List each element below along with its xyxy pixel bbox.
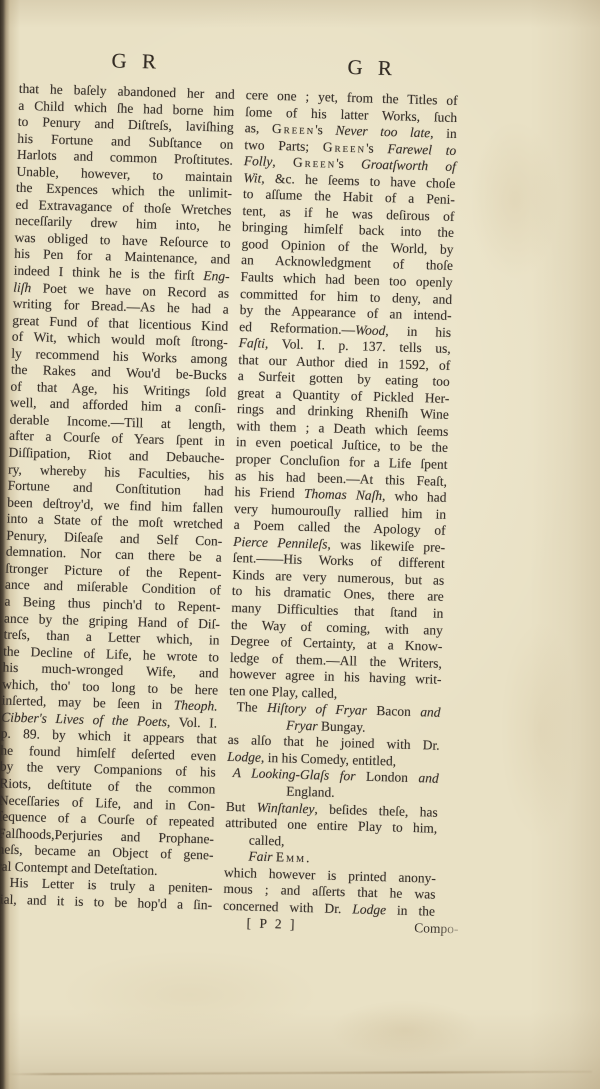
- page-content: G R G R that he baſely abandoned her and…: [0, 46, 460, 937]
- text-segment: Hiſtory of Fryar: [267, 700, 377, 718]
- text-segment: England.: [286, 783, 335, 799]
- text-segment: Farewel to: [387, 141, 456, 158]
- running-head-left: G R: [111, 48, 161, 74]
- text-segment: 's: [336, 156, 361, 172]
- text-segment: Bungay.: [321, 718, 366, 734]
- text-columns: that he baſely abandoned her anda Child …: [0, 81, 459, 920]
- text-segment: Wood: [355, 322, 386, 338]
- text-segment: ed Reformation.—: [239, 319, 355, 337]
- paper-stain: [330, 1000, 480, 1060]
- catchword: Compo-: [414, 919, 459, 937]
- text-segment: Never too late: [335, 123, 430, 141]
- text-segment: Lodge: [227, 749, 261, 765]
- text-segment: Thomas Naſh: [304, 486, 383, 503]
- signature-mark: [ P 2 ]: [222, 914, 297, 933]
- text-segment: Faſti: [239, 335, 266, 351]
- text-segment: Winſtanley: [257, 799, 315, 816]
- text-segment: , who had: [382, 488, 447, 505]
- paper-stain: [500, 620, 580, 840]
- text-segment: The: [236, 699, 267, 715]
- text-segment: , was likewiſe pre-: [327, 536, 445, 554]
- text-segment: 's: [366, 140, 388, 156]
- text-segment: Bacon: [376, 703, 420, 719]
- text-segment: Fair: [248, 849, 276, 865]
- scanned-book-page: G R G R that he baſely abandoned her and…: [0, 0, 600, 1089]
- text-segment: Folly: [244, 153, 273, 169]
- running-head-right: G R: [347, 55, 397, 81]
- text-segment: , in his: [385, 323, 451, 340]
- text-segment: and: [418, 771, 439, 787]
- text-segment: his Friend: [234, 484, 304, 501]
- text-segment: Wit: [243, 170, 261, 185]
- text-segment: Eng-: [203, 268, 230, 284]
- text-segment: 's: [315, 122, 336, 138]
- text-segment: Lodge: [352, 901, 386, 917]
- text-segment: , Vol. I.: [167, 714, 218, 730]
- text-column-right: cere one ; yet, from the Titles ofſome o…: [223, 87, 458, 920]
- text-segment: , in his Comedy, entitled,: [261, 750, 397, 769]
- text-segment: ,: [272, 154, 293, 170]
- text-column-left: that he baſely abandoned her anda Child …: [0, 81, 235, 914]
- text-segment: in the: [386, 902, 435, 918]
- text-segment: Emm: [276, 849, 307, 865]
- text-segment: London: [366, 769, 419, 785]
- text-segment: A Looking-Glaſs for: [233, 765, 367, 784]
- text-segment: called,: [249, 832, 285, 848]
- text-segment: Groatſworth of: [361, 157, 456, 175]
- text-segment: Green: [272, 121, 316, 137]
- paper-stain: [470, 120, 560, 280]
- text-segment: Green: [323, 139, 367, 155]
- text-segment: Green: [293, 155, 337, 171]
- text-segment: Theoph.: [174, 698, 218, 714]
- text-segment: .: [306, 850, 310, 865]
- text-segment: concerned with Dr.: [223, 898, 353, 917]
- page-crease: [6, 1071, 592, 1076]
- paper-stain: [60, 950, 320, 1040]
- text-segment: But: [226, 798, 257, 814]
- text-segment: ten one Play, called,: [229, 683, 338, 701]
- text-segment: , beſides theſe, has: [314, 801, 438, 819]
- text-segment: two Parts;: [244, 137, 323, 154]
- text-segment: Pierce Pennileſs: [233, 534, 328, 552]
- text-segment: liſh: [13, 279, 31, 294]
- text-segment: , in: [430, 125, 457, 141]
- text-segment: and: [420, 704, 441, 720]
- text-segment: Fryar: [286, 717, 321, 733]
- text-segment: as,: [245, 120, 273, 136]
